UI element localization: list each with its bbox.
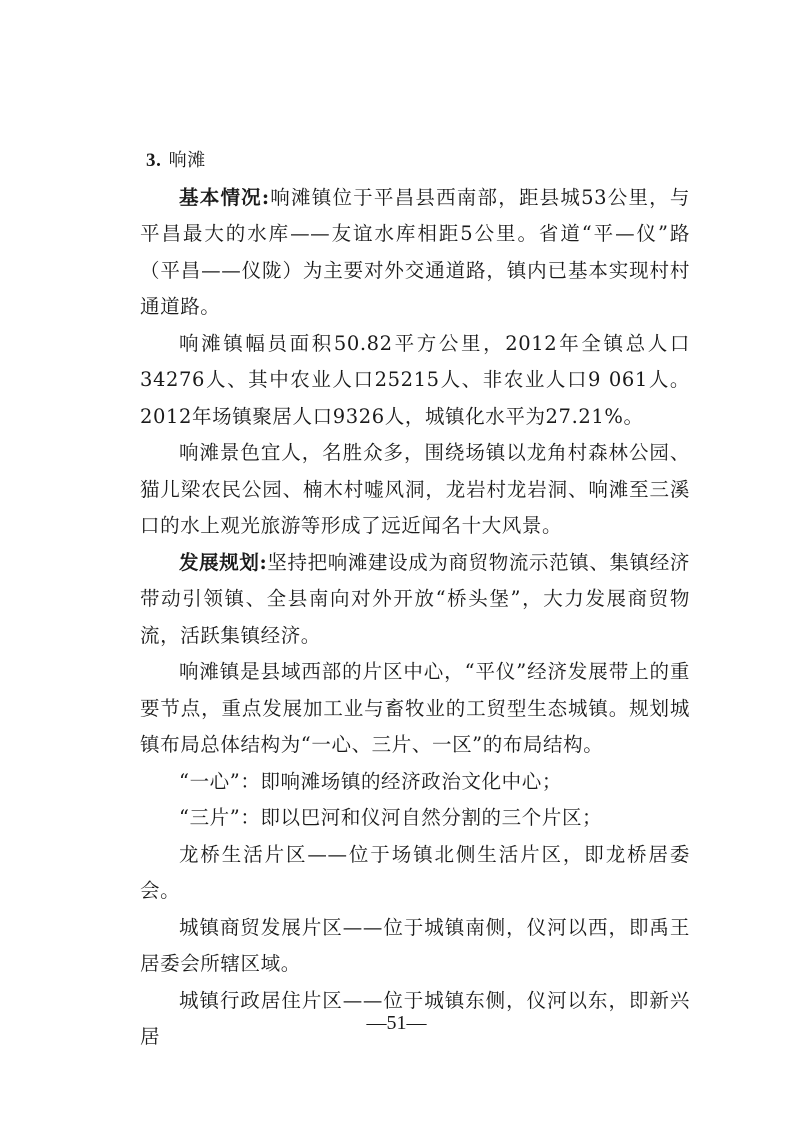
page-number: —51— (0, 1012, 793, 1035)
paragraph-text: 响滩景色宜人，名胜众多，围绕场镇以龙角村森林公园、猫儿梁农民公园、楠木村嘘风洞，… (140, 441, 690, 537)
section-title: 响滩 (169, 150, 206, 171)
paragraph-longqiao-zone: 龙桥生活片区——位于场镇北侧生活片区，即龙桥居委会。 (140, 837, 690, 910)
body-text: 3. 响滩 基本情况:响滩镇位于平昌县西南部，距县城53公里，与平昌最大的水库—… (140, 142, 690, 1056)
paragraph-text: 城镇商贸发展片区——位于城镇南侧，仪河以西，即禹王居委会所辖区域。 (140, 916, 690, 976)
paragraph-text: “一心”：即响滩场镇的经济政治文化中心； (179, 770, 562, 793)
paragraph-lead: 基本情况: (179, 186, 270, 209)
paragraph-commerce-zone: 城镇商贸发展片区——位于城镇南侧，仪河以西，即禹王居委会所辖区域。 (140, 910, 690, 983)
document-page: 3. 响滩 基本情况:响滩镇位于平昌县西南部，距县城53公里，与平昌最大的水库—… (0, 0, 793, 1122)
paragraph-text: 龙桥生活片区——位于场镇北侧生活片区，即龙桥居委会。 (140, 843, 690, 903)
section-heading: 3. 响滩 (140, 142, 690, 180)
paragraph-text: “三片”：即以巴河和仪河自然分割的三个片区； (179, 806, 602, 829)
paragraph-development-plan: 发展规划:坚持把响滩建设成为商贸物流示范镇、集镇经济带动引领镇、全县南向对外开放… (140, 545, 690, 655)
paragraph-population: 响滩镇幅员面积50.82平方公里，2012年全镇总人口34276人、其中农业人口… (140, 326, 690, 436)
section-number: 3. (146, 150, 161, 171)
paragraph-one-center: “一心”：即响滩场镇的经济政治文化中心； (140, 764, 690, 801)
paragraph-text: 响滩镇是县域西部的片区中心，“平仪”经济发展带上的重要节点，重点发展加工业与畜牧… (140, 660, 690, 756)
paragraph-scenery: 响滩景色宜人，名胜众多，围绕场镇以龙角村森林公园、猫儿梁农民公园、楠木村嘘风洞，… (140, 435, 690, 545)
paragraph-lead: 发展规划: (179, 551, 267, 574)
paragraph-three-zones: “三片”：即以巴河和仪河自然分割的三个片区； (140, 800, 690, 837)
paragraph-basic-info: 基本情况:响滩镇位于平昌县西南部，距县城53公里，与平昌最大的水库——友谊水库相… (140, 180, 690, 326)
paragraph-text: 响滩镇幅员面积50.82平方公里，2012年全镇总人口34276人、其中农业人口… (140, 332, 690, 428)
paragraph-regional-center: 响滩镇是县域西部的片区中心，“平仪”经济发展带上的重要节点，重点发展加工业与畜牧… (140, 654, 690, 764)
